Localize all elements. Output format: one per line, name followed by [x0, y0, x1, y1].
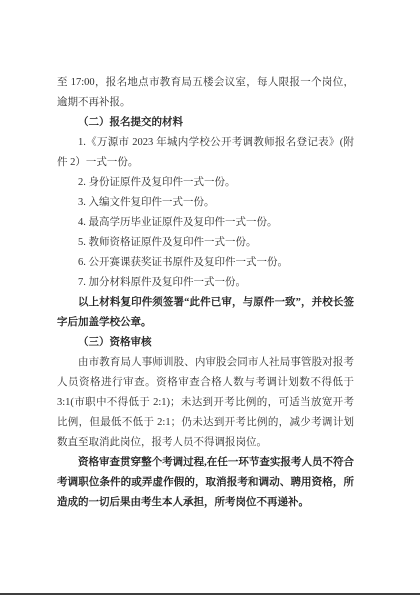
list-item-5: 5. 教师资格证原件及复印件一式一份。 [57, 233, 354, 253]
para-qualification-review: 由市教育局人事师训股、内审股会同市人社局事管股对报考人员资格进行审查。资格审查合… [57, 353, 354, 453]
document-page: 至 17:00，报名地点市教育局五楼会议室，每人限报一个岗位，逾期不再补报。 （… [0, 0, 420, 595]
section-heading-qualification: （三）资格审核 [57, 333, 354, 353]
list-item-4: 4. 最高学历毕业证原件及复印件一式一份。 [57, 213, 354, 233]
para-qualification-warning: 资格审查贯穿整个考调过程,在任一环节查实报考人员不符合考调职位条件的或弄虚作假的… [57, 453, 354, 513]
para-materials-note: 以上材料复印件须签署“此件已审，与原件一致”，并校长签字后加盖学校公章。 [57, 293, 354, 333]
list-item-7: 7. 加分材料原件及复印件一式一份。 [57, 273, 354, 293]
para-continuation: 至 17:00，报名地点市教育局五楼会议室，每人限报一个岗位，逾期不再补报。 [57, 73, 354, 113]
list-item-2: 2. 身份证原件及复印件一式一份。 [57, 173, 354, 193]
list-item-6: 6. 公开赛课获奖证书原件及复印件一式一份。 [57, 253, 354, 273]
list-item-3: 3. 入编文件复印件一式一份。 [57, 193, 354, 213]
section-heading-materials: （二）报名提交的材料 [57, 113, 354, 133]
list-item-1: 1.《万源市 2023 年城内学校公开考调教师报名登记表》(附件 2）一式一份。 [57, 133, 354, 173]
document-text-block: 至 17:00，报名地点市教育局五楼会议室，每人限报一个岗位，逾期不再补报。 （… [57, 73, 354, 513]
